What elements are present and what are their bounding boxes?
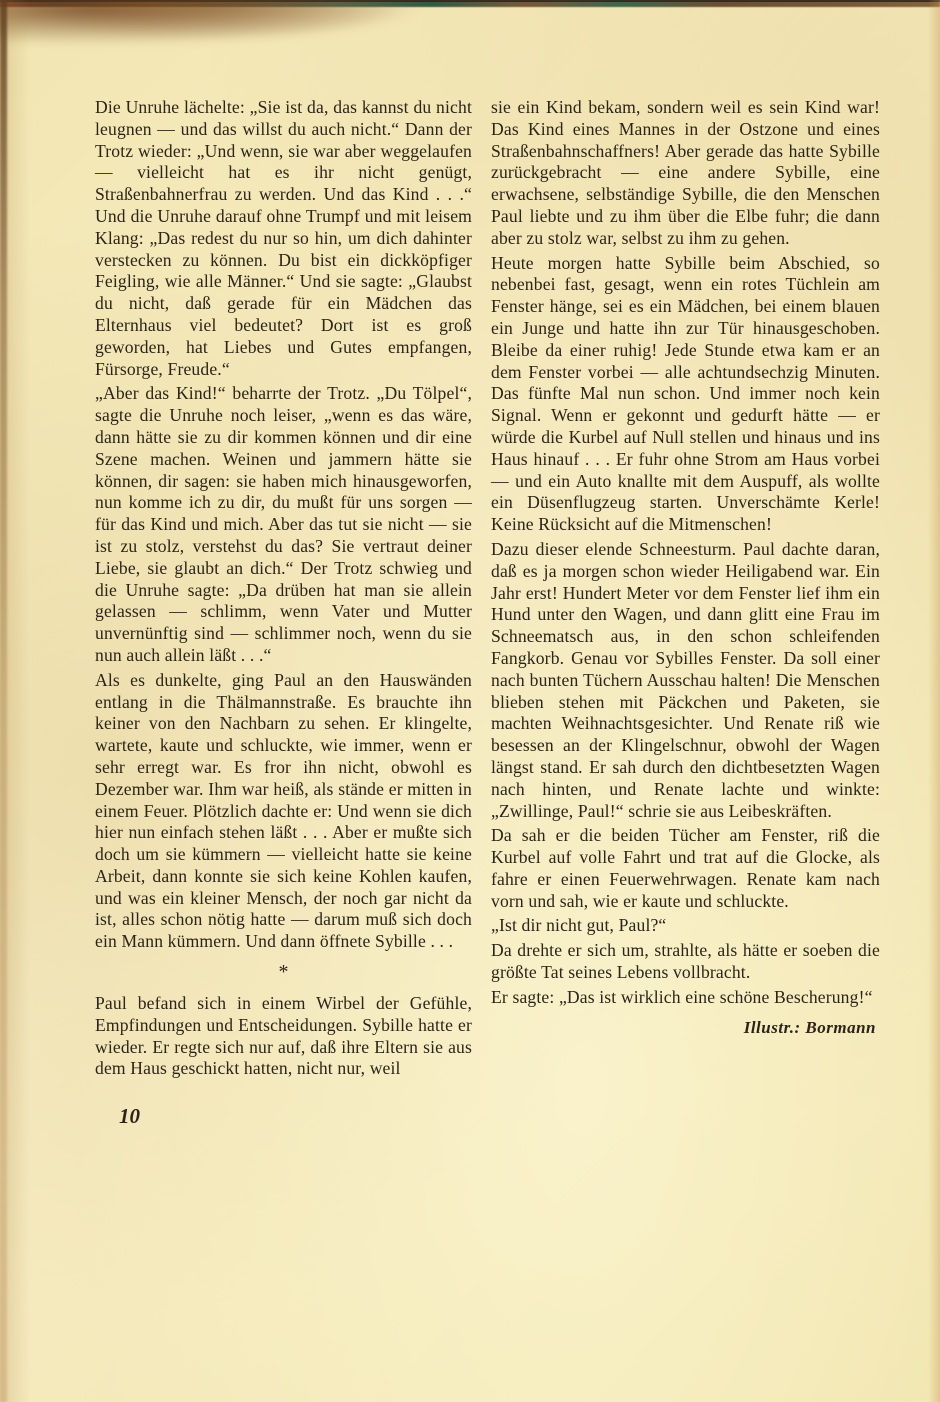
page-right-edge [928,0,940,1402]
paragraph: Die Unruhe lächelte: „Sie ist da, das ka… [95,97,472,380]
paragraph: Dazu dieser elende Schneesturm. Paul dac… [491,539,880,822]
paragraph: Da sah er die beiden Tücher am Fenster, … [491,825,880,912]
paragraph: Paul befand sich in einem Wirbel der Gef… [95,993,472,1080]
paragraph: Da drehte er sich um, strahlte, als hätt… [491,940,880,984]
scanned-book-page: Die Unruhe lächelte: „Sie ist da, das ka… [0,0,940,1402]
binding-smudge [0,1,420,47]
paragraph: sie ein Kind bekam, sondern weil es sein… [491,97,880,250]
paragraph: „Ist dir nicht gut, Paul?“ [491,915,880,937]
right-column: sie ein Kind bekam, sondern weil es sein… [491,97,880,1129]
illustrator-credit: Illustr.: Bormann [491,1018,880,1038]
paragraph: Heute morgen hatte Sybille beim Abschied… [491,253,880,536]
page-top-edge-line [0,0,940,2]
section-separator-asterisk: * [95,962,472,982]
page-number: 10 [119,1104,472,1129]
left-column: Die Unruhe lächelte: „Sie ist da, das ka… [95,97,472,1129]
page-content: Die Unruhe lächelte: „Sie ist da, das ka… [95,97,880,1129]
paragraph: Er sagte: „Das ist wirklich eine schöne … [491,987,880,1009]
paragraph: Als es dunkelte, ging Paul an den Hauswä… [95,670,472,953]
paragraph: „Aber das Kind!“ beharrte der Trotz. „Du… [95,383,472,666]
page-left-edge [0,0,7,1402]
